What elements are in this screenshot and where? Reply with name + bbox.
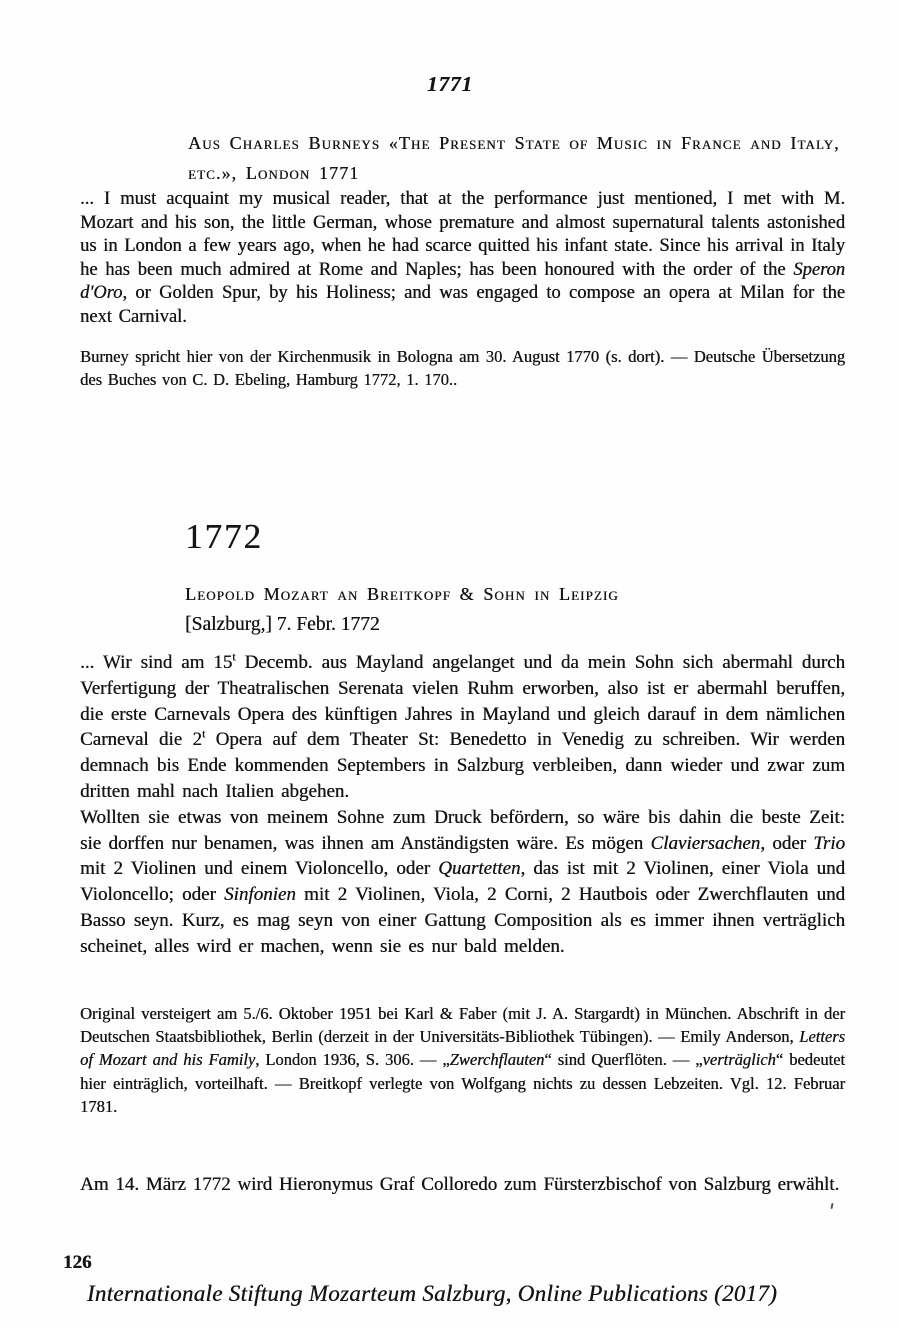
excerpt-heading-line2: etc.», London 1771	[188, 158, 845, 188]
letter-paragraph-2: Wollten sie etwas von meinem Sohne zum D…	[80, 805, 845, 960]
excerpt-heading-line1: Aus Charles Burneys «The Present State o…	[188, 128, 845, 158]
letter-editorial-note: Original versteigert am 5./6. Oktober 19…	[80, 1002, 845, 1118]
letter-paragraph-1: ... Wir sind am 15t Decemb. aus Mayland …	[80, 650, 845, 805]
colloredo-note: Am 14. März 1772 wird Hieronymus Graf Co…	[80, 1172, 845, 1198]
running-head-year: 1771	[0, 72, 900, 97]
burney-excerpt-paragraph: ... I must acquaint my musical reader, t…	[80, 188, 845, 330]
letter-body: ... Wir sind am 15t Decemb. aus Mayland …	[80, 650, 845, 960]
scanned-page: 1771 Aus Charles Burneys «The Present St…	[0, 0, 900, 1326]
footer-credit: Internationale Stiftung Mozarteum Salzbu…	[0, 1281, 864, 1307]
year-heading-1772: 1772	[185, 518, 263, 557]
burney-editorial-note: Burney spricht hier von der Kirchenmusik…	[80, 345, 845, 391]
letter-dateline: [Salzburg,] 7. Febr. 1772	[185, 614, 380, 636]
scan-speck	[830, 1203, 833, 1209]
excerpt-heading: Aus Charles Burneys «The Present State o…	[188, 128, 845, 188]
letter-heading: Leopold Mozart an Breitkopf & Sohn in Le…	[185, 584, 845, 605]
page-number: 126	[63, 1252, 92, 1274]
